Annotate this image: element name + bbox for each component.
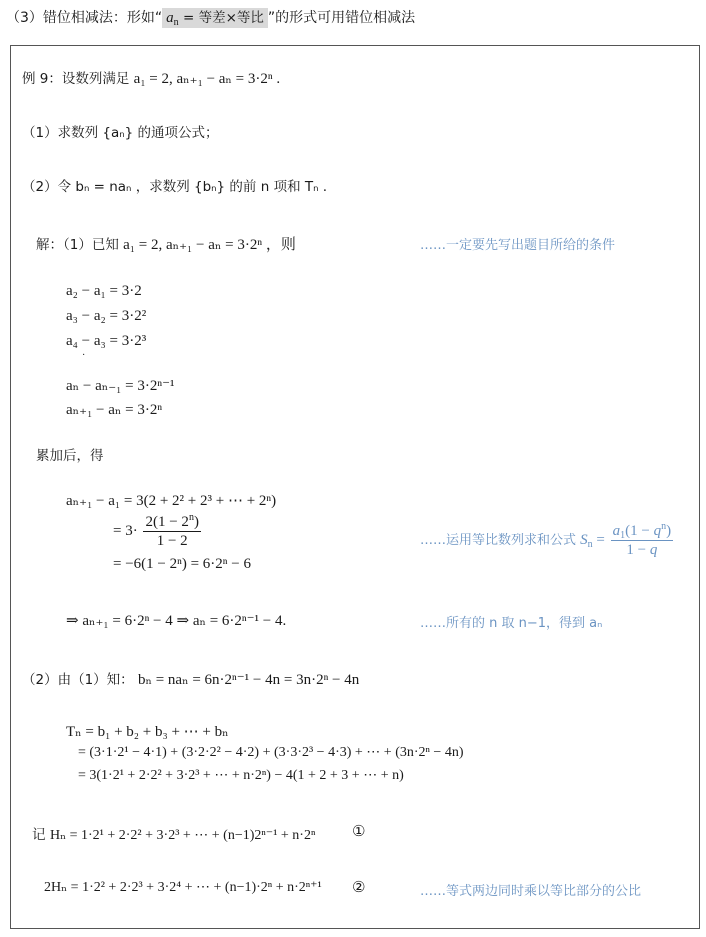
example-part2: （2）令 bₙ = naₙ ，求数列 {bₙ} 的前 n 项和 Tₙ .	[22, 175, 327, 195]
step-line: a₄ − a₃ = 3·2³	[66, 333, 146, 350]
tn-line: = (3·1·2¹ − 4·1) + (3·2·2² − 4·2) + (3·3…	[78, 744, 463, 761]
equation-marker-2: ②	[352, 878, 365, 896]
equation-marker-1: ①	[352, 822, 365, 840]
hn-line: 记 Hₙ = 1·2¹ + 2·2² + 3·2³ + ⋯ + (n−1)2ⁿ⁻…	[32, 823, 315, 844]
step-line: a₂ − a₁ = 3·2	[66, 283, 142, 300]
solution-intro-label: 解：（1）已知	[36, 237, 119, 253]
heading-suffix: ”的形式可用错位相减法	[268, 10, 415, 26]
ellipsis-dot: ·	[82, 350, 85, 361]
part2-math: bₙ = naₙ = 6n·2ⁿ⁻¹ − 4n = 3n·2ⁿ − 4n	[138, 672, 359, 688]
example-part1: （1）求数列 {aₙ} 的通项公式；	[22, 121, 219, 141]
sum-line: aₙ₊₁ − a₁ = 3(2 + 2² + 2³ + ⋯ + 2ⁿ)	[66, 491, 276, 510]
example-condition: a₁ = 2, aₙ₊₁ − aₙ = 3·2ⁿ .	[134, 71, 280, 87]
note2-text: ……运用等比数列求和公式	[420, 533, 576, 548]
heading-prefix: （3）错位相减法：形如“	[6, 10, 162, 26]
note-given-conditions: ……一定要先写出题目所给的条件	[420, 234, 615, 253]
solution-intro-math: a₁ = 2, aₙ₊₁ − aₙ = 3·2ⁿ ，则	[123, 237, 296, 253]
formula-var: a	[166, 10, 174, 26]
hn-label: 记	[32, 827, 46, 843]
note-multiply-ratio: ……等式两边同时乘以等比部分的公比	[420, 880, 641, 899]
hn-formula: Hₙ = 1·2¹ + 2·2² + 3·2³ + ⋯ + (n−1)2ⁿ⁻¹ …	[50, 828, 315, 843]
highlighted-formula: an = 等差×等比	[162, 8, 268, 28]
sum-line: = −6(1 − 2ⁿ) = 6·2ⁿ − 6	[113, 556, 251, 573]
accumulate-label: 累加后，得	[36, 444, 104, 464]
example-statement: 例 9：设数列满足 a₁ = 2, aₙ₊₁ − aₙ = 3·2ⁿ .	[22, 67, 280, 88]
note-geometric-sum: ……运用等比数列求和公式 Sn = a1(1 − qn)1 − q	[420, 523, 675, 558]
note2-formula: Sn = a1(1 − qn)1 − q	[580, 532, 675, 548]
note-substitute: ……所有的 n 取 n−1，得到 aₙ	[420, 612, 602, 631]
section-heading: （3）错位相减法：形如“an = 等差×等比”的形式可用错位相减法	[6, 6, 415, 27]
fraction: 2(1 − 2n)1 − 2	[143, 514, 200, 549]
tn-line: = 3(1·2¹ + 2·2² + 3·2³ + ⋯ + n·2ⁿ) − 4(1…	[78, 767, 404, 784]
step-line: a₃ − a₂ = 3·2²	[66, 308, 146, 325]
step-line: aₙ − aₙ₋₁ = 3·2ⁿ⁻¹	[66, 376, 175, 395]
solution-intro: 解：（1）已知 a₁ = 2, aₙ₊₁ − aₙ = 3·2ⁿ ，则	[36, 233, 296, 254]
example-label: 例 9：设数列满足	[22, 71, 134, 87]
tn-line: Tₙ = b₁ + b₂ + b₃ + ⋯ + bₙ	[66, 722, 229, 741]
step-line: aₙ₊₁ − aₙ = 3·2ⁿ	[66, 400, 162, 419]
sum-line-fraction: = 3· 2(1 − 2n)1 − 2	[113, 514, 203, 549]
part2-line: （2）由（1）知： bₙ = naₙ = 6n·2ⁿ⁻¹ − 4n = 3n·2…	[22, 668, 359, 689]
formula-rest: = 等差×等比	[179, 10, 264, 26]
result-line: ⇒ aₙ₊₁ = 6·2ⁿ − 4 ⇒ aₙ = 6·2ⁿ⁻¹ − 4.	[66, 611, 286, 630]
part2-label: （2）由（1）知：	[22, 672, 134, 688]
h2n-line: 2Hₙ = 1·2² + 2·2³ + 3·2⁴ + ⋯ + (n−1)·2ⁿ …	[44, 879, 322, 896]
